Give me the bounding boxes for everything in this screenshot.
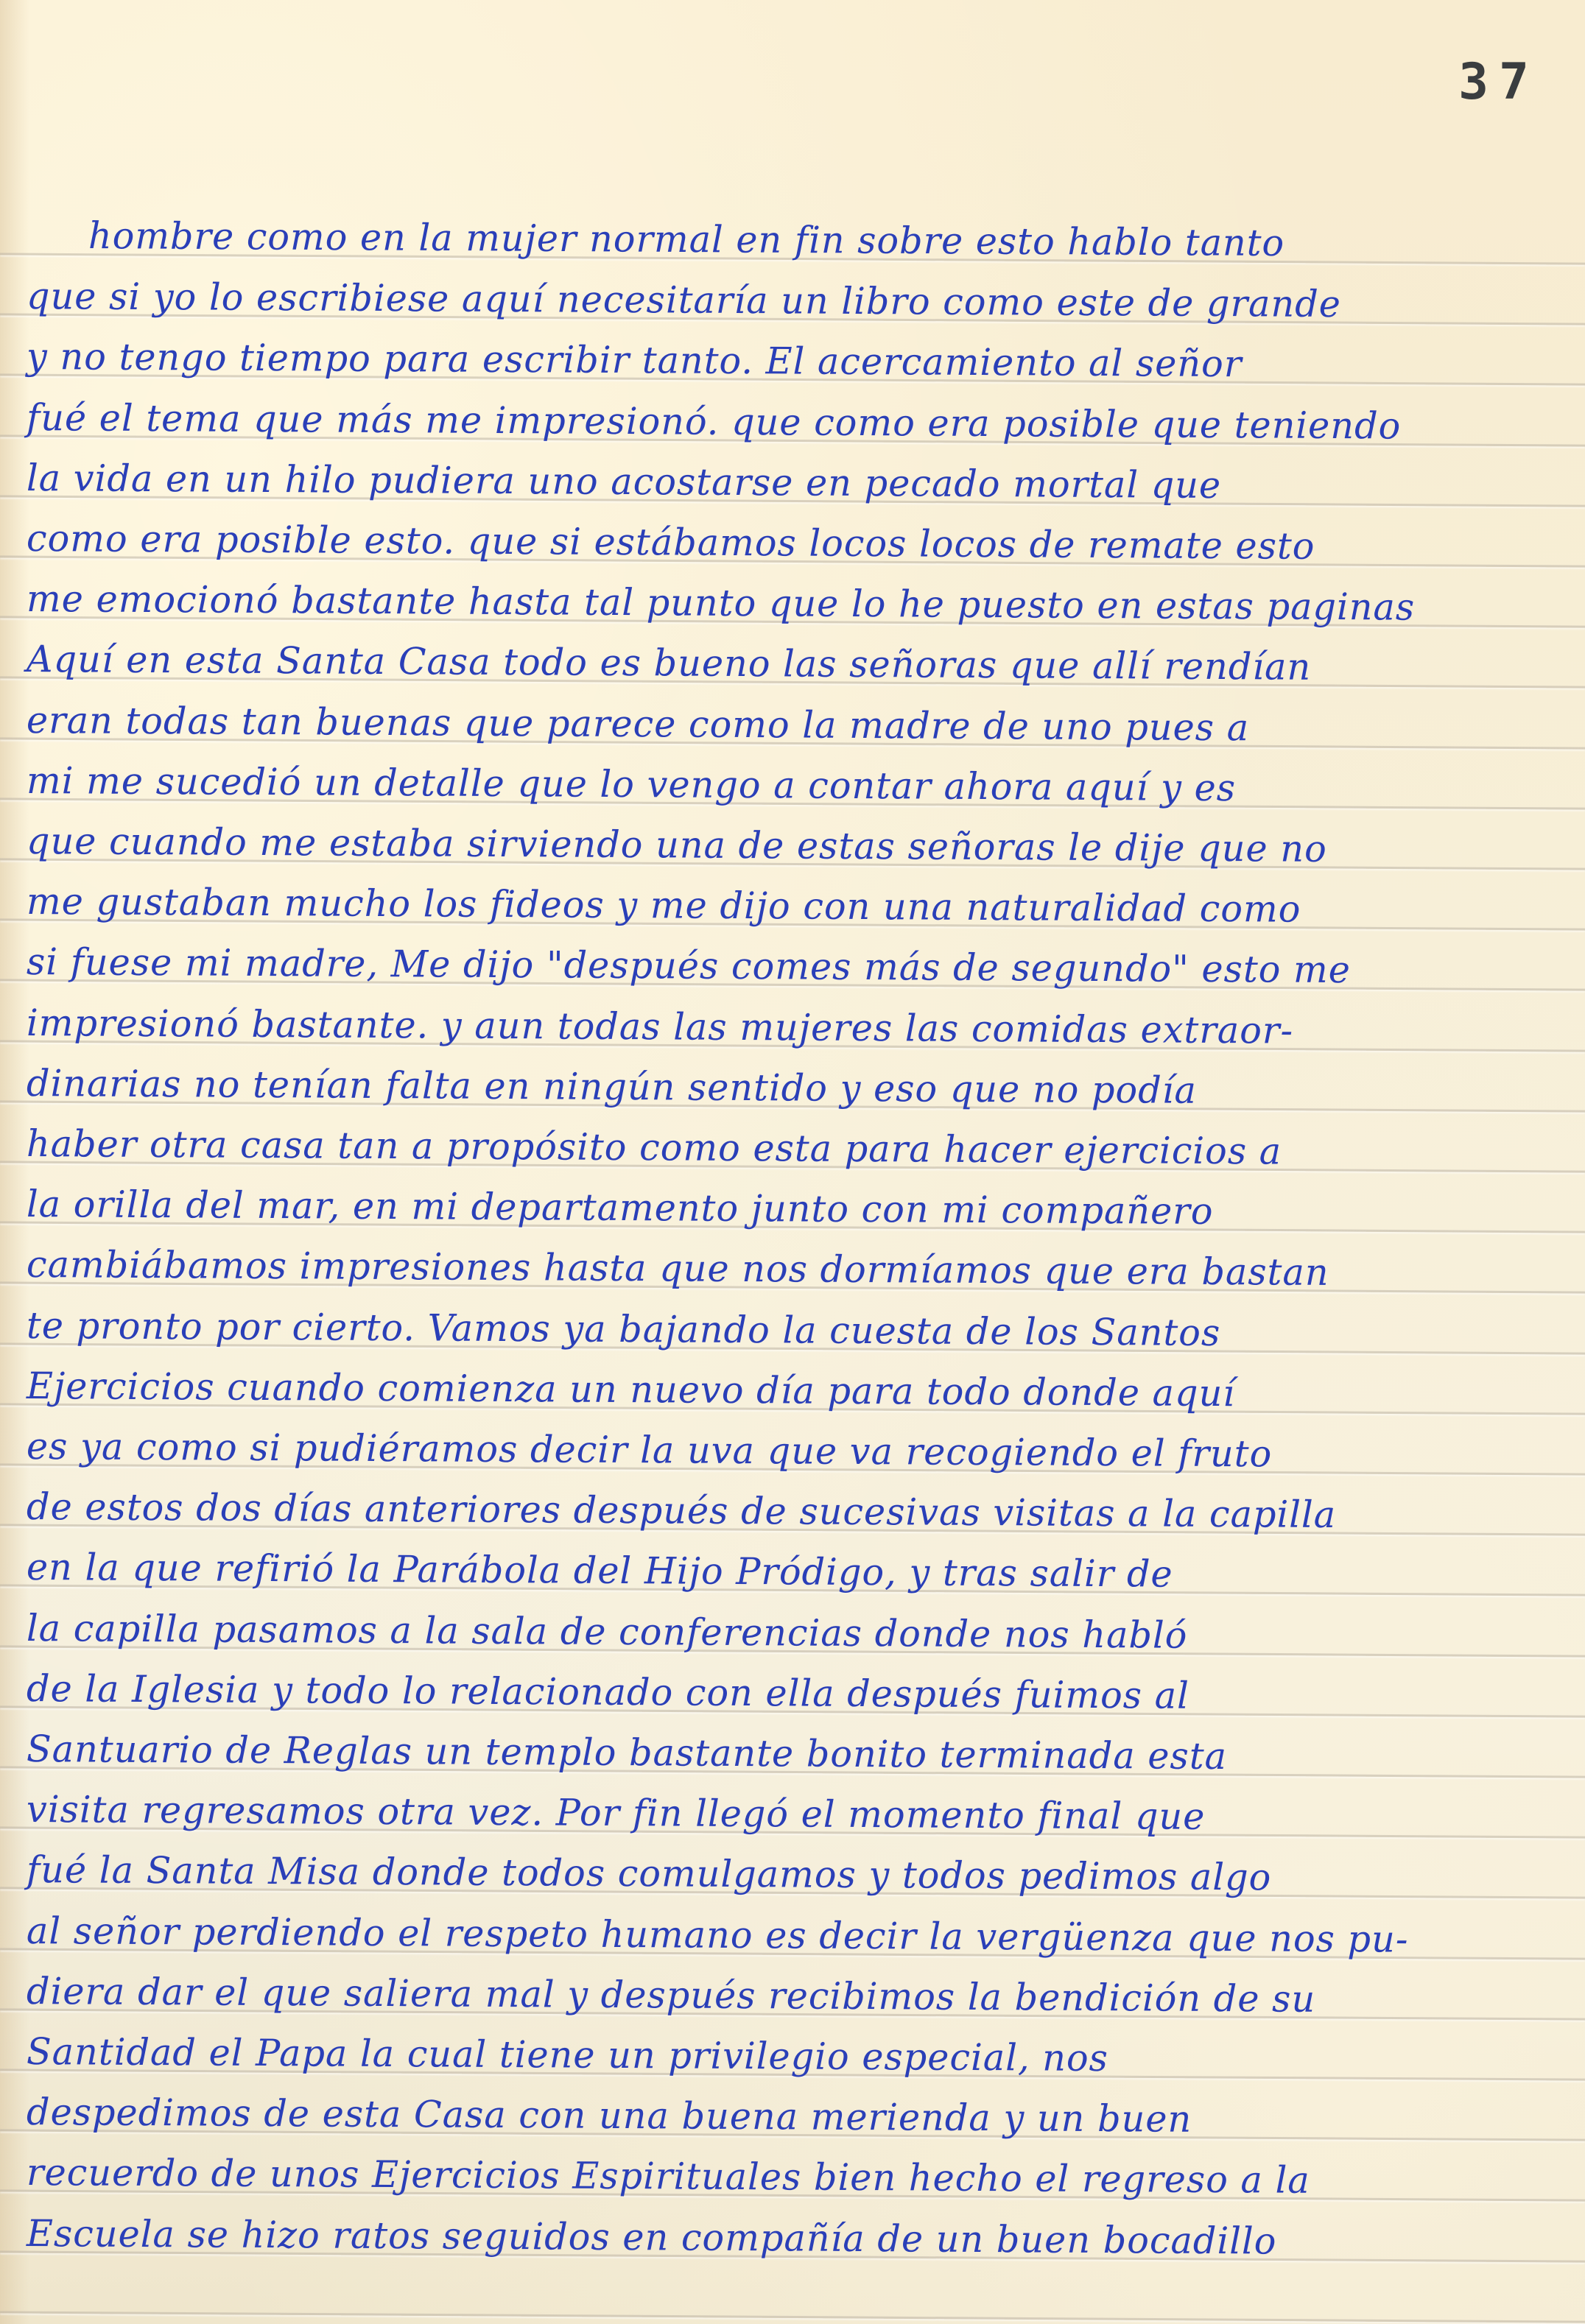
handwritten-line: y no tengo tiempo para escribir tanto. E… [27,325,1534,397]
handwritten-line: la orilla del mar, en mi departamento ju… [27,1173,1534,1244]
handwritten-line: Santidad el Papa la cual tiene un privil… [27,2021,1534,2092]
notebook-page: 37 hombre como en la mujer normal en fin… [0,0,1585,2324]
handwritten-line: recuerdo de unos Ejercicios Espirituales… [27,2141,1534,2213]
handwritten-line: haber otra casa tan a propósito como est… [27,1113,1534,1184]
handwritten-line: fué la Santa Misa donde todos comulgamos… [27,1839,1534,1910]
handwritten-line: Escuela se hizo ratos seguidos en compañ… [27,2202,1534,2274]
handwritten-line: despedimos de esta Casa con una buena me… [27,2081,1534,2152]
handwritten-line: de estos dos días anteriores después de … [27,1476,1534,1547]
handwritten-line: fué el tema que más me impresionó. que c… [27,387,1534,458]
handwritten-line: visita regresamos otra vez. Por fin lleg… [27,1778,1534,1850]
handwritten-line: cambiábamos impresiones hasta que nos do… [27,1233,1534,1305]
handwritten-line: la vida en un hilo pudiera uno acostarse… [27,447,1534,518]
handwritten-line: en la que refirió la Parábola del Hijo P… [27,1536,1534,1608]
handwritten-line: es ya como si pudiéramos decir la uva qu… [27,1415,1534,1487]
handwritten-line: eran todas tan buenas que parece como la… [27,689,1534,761]
handwritten-line: que si yo lo escribiese aquí necesitaría… [27,265,1534,337]
handwritten-line: de la Iglesia y todo lo relacionado con … [27,1658,1534,1729]
handwritten-line: si fuese mi madre, Me dijo "después come… [27,931,1534,1002]
handwritten-line: me gustaban mucho los fideos y me dijo c… [27,870,1534,942]
handwritten-line: diera dar el que saliera mal y después r… [27,1960,1534,2032]
handwritten-line: me emocionó bastante hasta tal punto que… [27,568,1534,639]
handwritten-line: al señor perdiendo el respeto humano es … [27,1900,1534,1971]
handwritten-line: Santuario de Reglas un templo bastante b… [27,1718,1534,1789]
handwritten-line: que cuando me estaba sirviendo una de es… [27,810,1534,881]
handwritten-line: la capilla pasamos a la sala de conferen… [27,1597,1534,1669]
handwritten-text-block: hombre como en la mujer normal en fin so… [0,0,1585,2324]
handwritten-line: Aquí en esta Santa Casa todo es bueno la… [27,628,1534,700]
handwritten-line: como era posible esto. que si estábamos … [27,507,1534,579]
handwritten-line: impresionó bastante. y aun todas las muj… [27,992,1534,1063]
handwritten-line: Ejercicios cuando comienza un nuevo día … [27,1355,1534,1426]
handwritten-line: dinarias no tenían falta en ningún senti… [27,1052,1534,1124]
handwritten-line: hombre como en la mujer normal en fin so… [88,205,1534,275]
handwritten-line: te pronto por cierto. Vamos ya bajando l… [27,1295,1534,1366]
handwritten-line: mi me sucedió un detalle que lo vengo a … [27,750,1534,821]
